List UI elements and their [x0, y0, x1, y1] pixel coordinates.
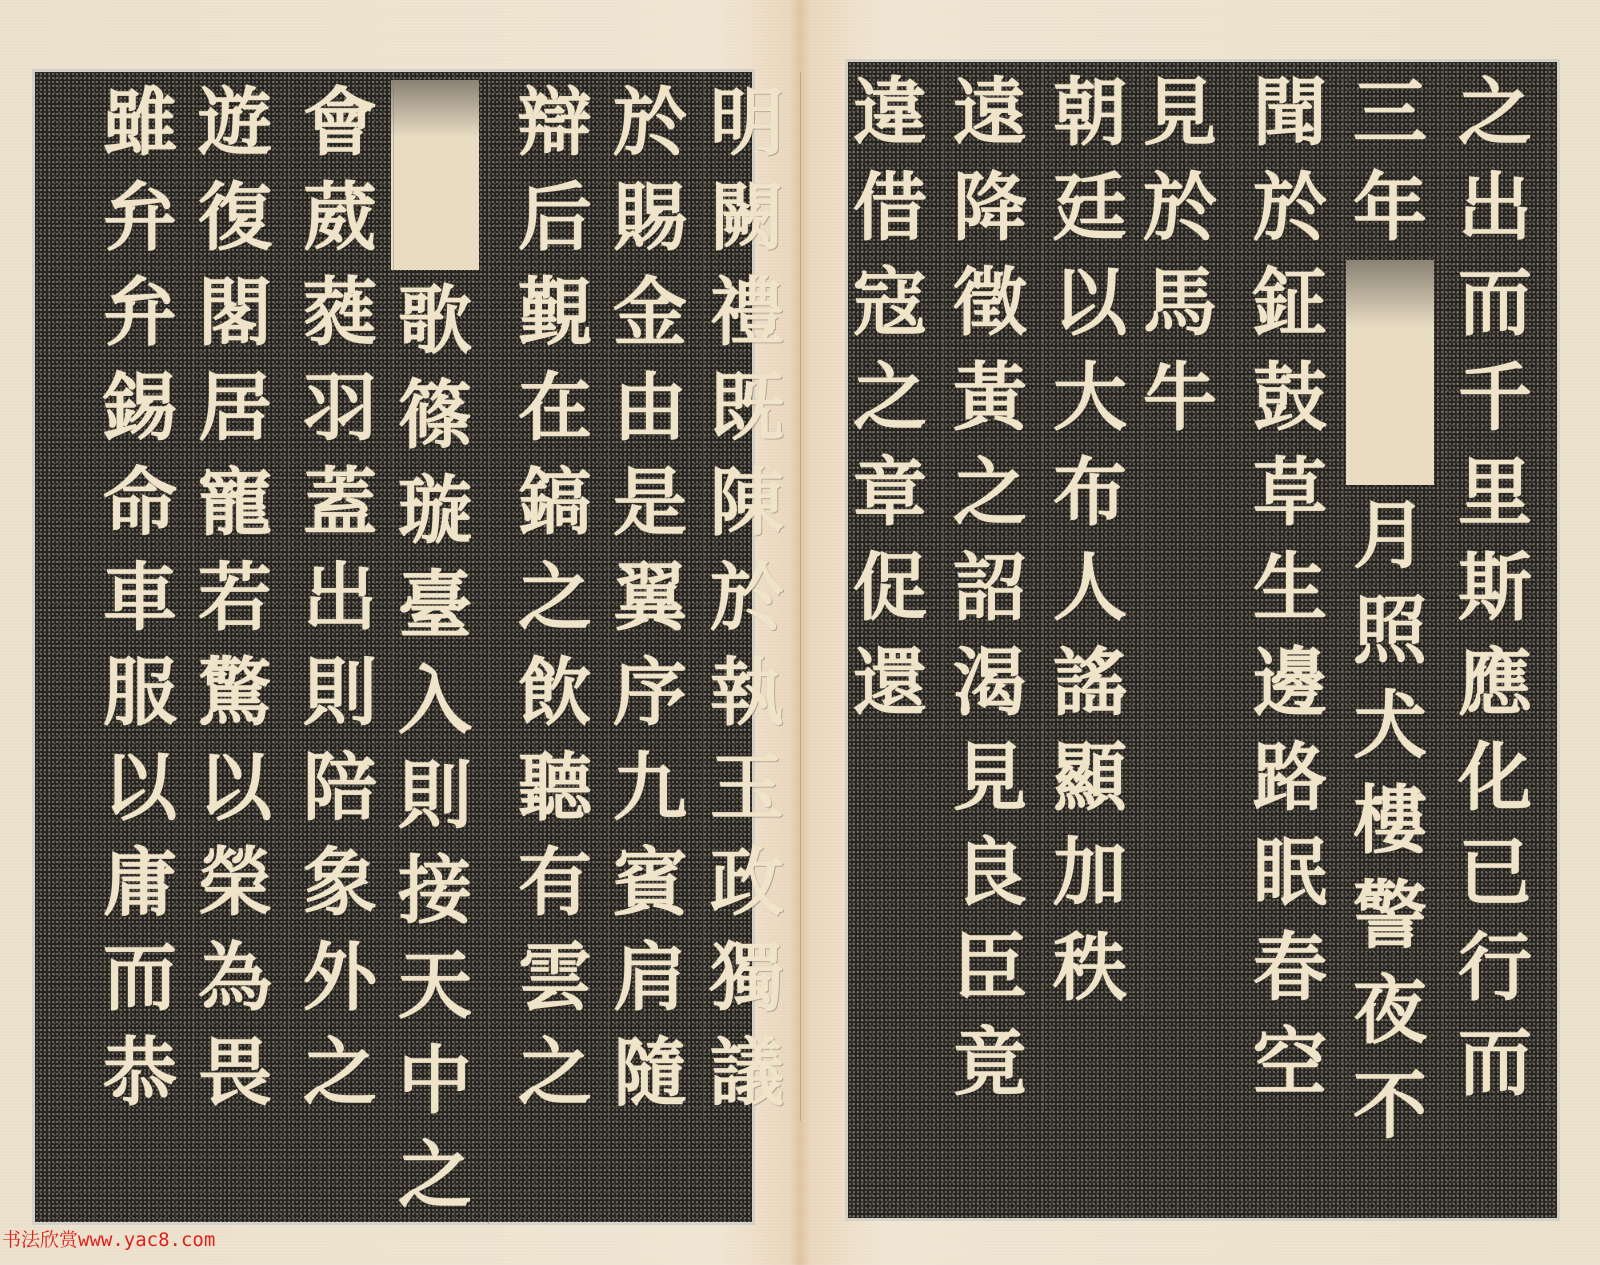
text-column: 遠降徵黃之詔渴見良臣竟 [940, 62, 1040, 1111]
text-column: 辯后覲在鎬之飲聽有雲之 [505, 72, 605, 1121]
calligraphy-character: 覲 [505, 266, 605, 361]
text-column: 見於馬牛 [1130, 62, 1230, 446]
calligraphy-character: 渴 [940, 636, 1040, 731]
calligraphy-character: 之 [290, 1026, 390, 1121]
text-column: 之出而千里斯應化已行而 [1445, 62, 1545, 1111]
calligraphy-character: 不 [1340, 1059, 1440, 1154]
calligraphy-character: 秩 [1040, 921, 1140, 1016]
calligraphy-character: 之 [1445, 66, 1545, 161]
calligraphy-character: 是 [600, 456, 700, 551]
calligraphy-character: 聞 [1240, 66, 1340, 161]
calligraphy-character: 遊 [185, 76, 285, 171]
calligraphy-character: 寵 [185, 456, 285, 551]
calligraphy-character: 居 [185, 361, 285, 456]
calligraphy-character: 陪 [290, 741, 390, 836]
calligraphy-character: 章 [840, 446, 940, 541]
calligraphy-character: 於 [697, 551, 797, 646]
calligraphy-character: 車 [90, 551, 190, 646]
calligraphy-character: 之 [940, 446, 1040, 541]
calligraphy-character: 弁 [90, 171, 190, 266]
calligraphy-character: 於 [1240, 161, 1340, 256]
calligraphy-character: 肩 [600, 931, 700, 1026]
calligraphy-character: 玉 [697, 741, 797, 836]
calligraphy-character: 為 [185, 931, 285, 1026]
calligraphy-character: 行 [1445, 921, 1545, 1016]
calligraphy-character: 加 [1040, 826, 1140, 921]
calligraphy-character: 羽 [290, 361, 390, 456]
calligraphy-character: 辯 [505, 76, 605, 171]
calligraphy-character: 以 [185, 741, 285, 836]
calligraphy-character: 歌 [385, 274, 485, 369]
calligraphy-character: 馬 [1130, 256, 1230, 351]
calligraphy-character: 九 [600, 741, 700, 836]
calligraphy-character: 驚 [185, 646, 285, 741]
calligraphy-character: 而 [1445, 1016, 1545, 1111]
calligraphy-character: 三 [1340, 66, 1440, 161]
calligraphy-character: 布 [1040, 446, 1140, 541]
calligraphy-character: 已 [1445, 826, 1545, 921]
calligraphy-character: 警 [1340, 869, 1440, 964]
calligraphy-character: 寇 [840, 256, 940, 351]
calligraphy-character: 雖 [90, 76, 190, 171]
calligraphy-character: 於 [600, 76, 700, 171]
calligraphy-character: 之 [505, 1026, 605, 1121]
calligraphy-character: 雲 [505, 931, 605, 1026]
calligraphy-character: 接 [385, 844, 485, 939]
calligraphy-character: 於 [1130, 161, 1230, 256]
calligraphy-character: 而 [90, 931, 190, 1026]
calligraphy-character: 葳 [290, 171, 390, 266]
calligraphy-character: 犬 [1340, 679, 1440, 774]
calligraphy-character: 生 [1240, 541, 1340, 636]
calligraphy-character: 鎬 [505, 456, 605, 551]
calligraphy-character: 年 [1340, 161, 1440, 256]
calligraphy-character: 人 [1040, 541, 1140, 636]
calligraphy-character: 會 [290, 76, 390, 171]
calligraphy-character: 促 [840, 541, 940, 636]
text-column: 雖弁弁錫命車服以庸而恭 [90, 72, 190, 1121]
calligraphy-character: 遠 [940, 66, 1040, 161]
calligraphy-character: 里 [1445, 446, 1545, 541]
calligraphy-character: 服 [90, 646, 190, 741]
calligraphy-character: 草 [1240, 446, 1340, 541]
calligraphy-character: 議 [697, 1026, 797, 1121]
calligraphy-character: 政 [697, 836, 797, 931]
calligraphy-character: 違 [840, 66, 940, 161]
calligraphy-character: 邊 [1240, 636, 1340, 731]
calligraphy-character: 廷 [1040, 161, 1140, 256]
calligraphy-character: 賜 [600, 171, 700, 266]
text-column: 遊復閣居寵若驚以榮為畏 [185, 72, 285, 1121]
calligraphy-character: 謠 [1040, 636, 1140, 731]
calligraphy-character: 象 [290, 836, 390, 931]
calligraphy-character: 月 [1340, 489, 1440, 584]
calligraphy-character: 鼓 [1240, 351, 1340, 446]
calligraphy-character: 明 [697, 76, 797, 171]
calligraphy-character: 由 [600, 361, 700, 456]
calligraphy-character: 牛 [1130, 351, 1230, 446]
calligraphy-character: 借 [840, 161, 940, 256]
calligraphy-character: 翼 [600, 551, 700, 646]
calligraphy-character: 良 [940, 826, 1040, 921]
calligraphy-character: 黃 [940, 351, 1040, 446]
calligraphy-character: 金 [600, 266, 700, 361]
calligraphy-character: 樓 [1340, 774, 1440, 869]
calligraphy-character: 在 [505, 361, 605, 456]
paper-repair-patch [1346, 260, 1434, 485]
calligraphy-character: 后 [505, 171, 605, 266]
calligraphy-character: 竟 [940, 1016, 1040, 1111]
calligraphy-character: 閣 [185, 266, 285, 361]
calligraphy-character: 入 [385, 654, 485, 749]
calligraphy-character: 之 [840, 351, 940, 446]
calligraphy-character: 見 [940, 731, 1040, 826]
calligraphy-character: 降 [940, 161, 1040, 256]
calligraphy-character: 之 [505, 551, 605, 646]
calligraphy-character: 執 [697, 646, 797, 741]
calligraphy-character: 出 [1445, 161, 1545, 256]
calligraphy-character: 臣 [940, 921, 1040, 1016]
calligraphy-character: 徵 [940, 256, 1040, 351]
calligraphy-character: 蕤 [290, 266, 390, 361]
calligraphy-character: 若 [185, 551, 285, 646]
calligraphy-character: 璇 [385, 464, 485, 559]
calligraphy-character: 路 [1240, 731, 1340, 826]
calligraphy-character: 序 [600, 646, 700, 741]
calligraphy-character: 獨 [697, 931, 797, 1026]
calligraphy-character: 還 [840, 636, 940, 731]
calligraphy-character: 隨 [600, 1026, 700, 1121]
calligraphy-character: 弁 [90, 266, 190, 361]
calligraphy-character: 中 [385, 1034, 485, 1129]
left-rubbing-page: 明闕禮既陳於執玉政獨議於賜金由是翼序九賓肩隨辯后覲在鎬之飲聽有雲之歌篠璇臺入則接… [35, 72, 752, 1222]
calligraphy-character: 之 [385, 1129, 485, 1224]
calligraphy-character: 千 [1445, 351, 1545, 446]
calligraphy-character: 命 [90, 456, 190, 551]
calligraphy-character: 見 [1130, 66, 1230, 161]
calligraphy-character: 斯 [1445, 541, 1545, 636]
calligraphy-character: 以 [90, 741, 190, 836]
calligraphy-character: 天 [385, 939, 485, 1034]
calligraphy-character: 夜 [1340, 964, 1440, 1059]
text-column: 於賜金由是翼序九賓肩隨 [600, 72, 700, 1121]
right-rubbing-page: 之出而千里斯應化已行而三年月照犬樓警夜不聞於鉦鼓草生邊路眠春空見於馬牛朝廷以大布… [848, 62, 1557, 1218]
calligraphy-character: 而 [1445, 256, 1545, 351]
text-column: 違借寇之章促還 [840, 62, 940, 731]
calligraphy-character: 闕 [697, 171, 797, 266]
calligraphy-character: 錫 [90, 361, 190, 456]
calligraphy-character: 鉦 [1240, 256, 1340, 351]
calligraphy-character: 朝 [1040, 66, 1140, 161]
calligraphy-character: 庸 [90, 836, 190, 931]
calligraphy-character: 臺 [385, 559, 485, 654]
paper-repair-patch [391, 80, 479, 270]
calligraphy-character: 以 [1040, 256, 1140, 351]
calligraphy-character: 聽 [505, 741, 605, 836]
calligraphy-character: 有 [505, 836, 605, 931]
calligraphy-character: 飲 [505, 646, 605, 741]
text-column: 明闕禮既陳於執玉政獨議 [697, 72, 797, 1121]
calligraphy-character: 化 [1445, 731, 1545, 826]
calligraphy-character: 既 [697, 361, 797, 456]
calligraphy-character: 外 [290, 931, 390, 1026]
calligraphy-character: 眠 [1240, 826, 1340, 921]
calligraphy-character: 榮 [185, 836, 285, 931]
calligraphy-character: 畏 [185, 1026, 285, 1121]
calligraphy-character: 春 [1240, 921, 1340, 1016]
calligraphy-character: 蓋 [290, 456, 390, 551]
site-watermark: 书法欣赏www.yac8.com [2, 1225, 215, 1252]
text-column: 聞於鉦鼓草生邊路眠春空 [1240, 62, 1340, 1111]
calligraphy-character: 則 [385, 749, 485, 844]
calligraphy-character: 出 [290, 551, 390, 646]
text-column: 朝廷以大布人謠顯加秩 [1040, 62, 1140, 1016]
calligraphy-character: 則 [290, 646, 390, 741]
calligraphy-character: 大 [1040, 351, 1140, 446]
text-column: 會葳蕤羽蓋出則陪象外之 [290, 72, 390, 1121]
calligraphy-character: 照 [1340, 584, 1440, 679]
calligraphy-character: 篠 [385, 369, 485, 464]
calligraphy-character: 應 [1445, 636, 1545, 731]
calligraphy-character: 復 [185, 171, 285, 266]
calligraphy-character: 恭 [90, 1026, 190, 1121]
text-column: 歌篠璇臺入則接天中之 [385, 72, 485, 1224]
calligraphy-character: 顯 [1040, 731, 1140, 826]
calligraphy-character: 空 [1240, 1016, 1340, 1111]
text-column: 三年月照犬樓警夜不 [1340, 62, 1440, 1154]
calligraphy-character: 陳 [697, 456, 797, 551]
calligraphy-character: 詔 [940, 541, 1040, 636]
calligraphy-character: 賓 [600, 836, 700, 931]
calligraphy-character: 禮 [697, 266, 797, 361]
